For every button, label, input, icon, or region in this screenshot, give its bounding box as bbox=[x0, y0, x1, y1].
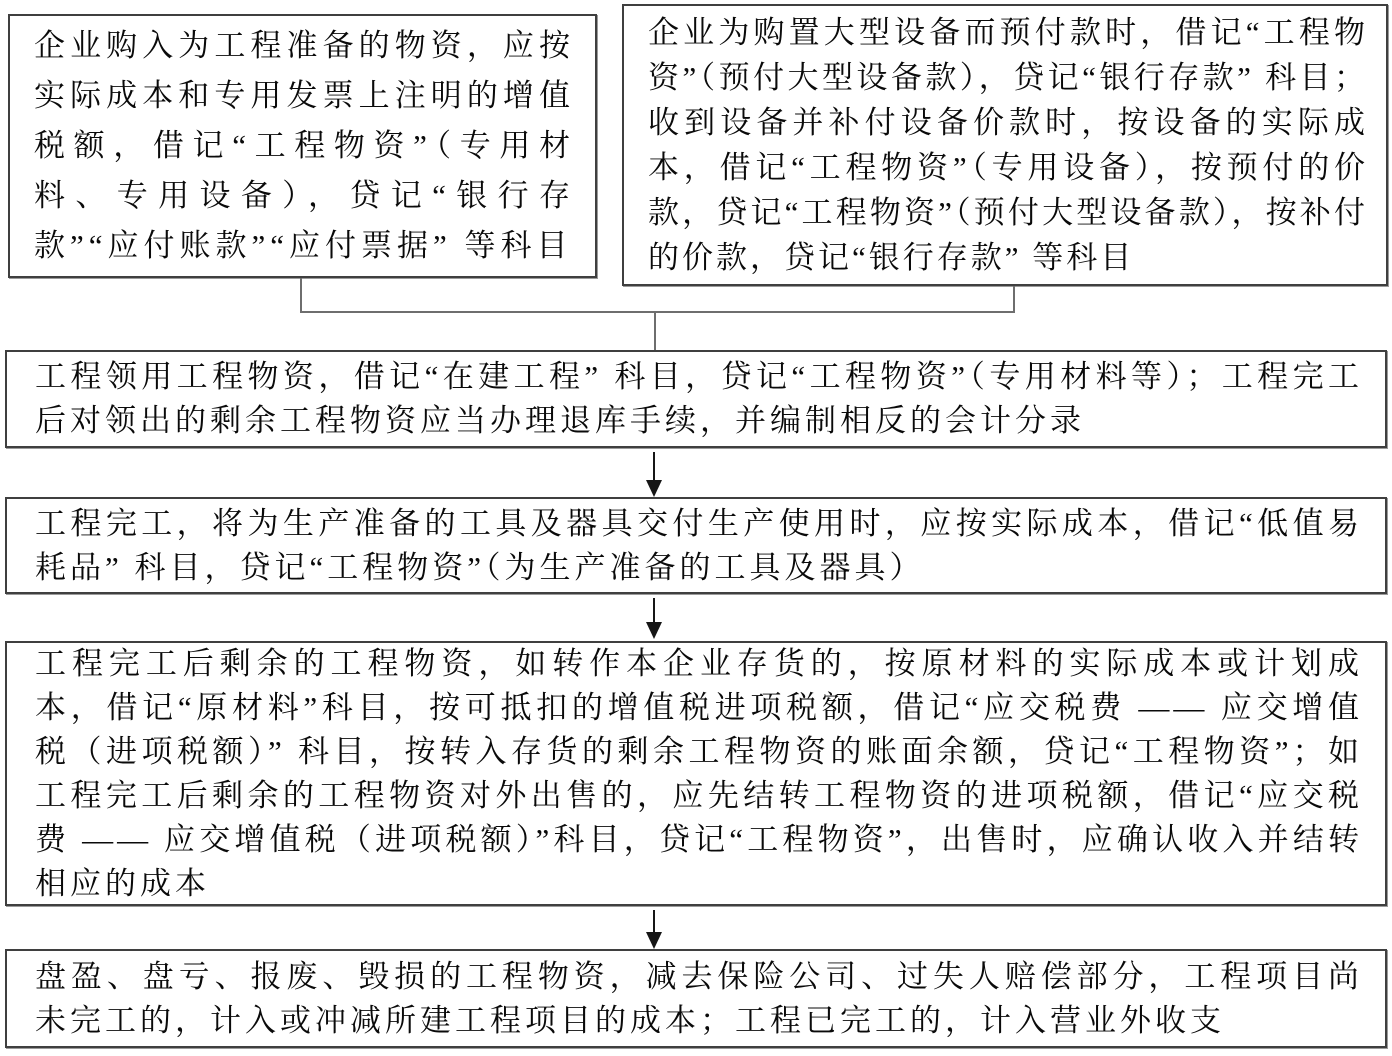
flow-box-text: 盘盈、盘亏、报废、毁损的工程物资，减去保险公司、过失人赔偿部分，工程项目尚未完工… bbox=[35, 955, 1363, 1043]
flow-box-requisition-for-construction: 工程领用工程物资，借记“在建工程” 科目，贷记“工程物资”（专用材料等）；工程完… bbox=[5, 350, 1387, 448]
down-arrow-icon bbox=[646, 452, 662, 498]
down-arrow-icon bbox=[646, 910, 662, 950]
arrow-head bbox=[646, 622, 662, 639]
connector-horizontal-line bbox=[300, 311, 1015, 313]
connector-left-drop-line bbox=[300, 278, 302, 312]
arrow-head bbox=[646, 480, 662, 497]
flow-box-text: 企业购入为工程准备的物资，应按实际成本和专用发票上注明的增值税额，借记“工程物资… bbox=[34, 21, 575, 271]
flow-box-text: 工程完工后剩余的工程物资，如转作本企业存货的，按原材料的实际成本或计划成本，借记… bbox=[35, 642, 1363, 906]
flow-box-text: 企业为购置大型设备而预付款时，借记“工程物资”（预付大型设备款），贷记“银行存款… bbox=[648, 10, 1368, 280]
flow-box-text: 工程完工，将为生产准备的工具及器具交付生产使用时，应按实际成本，借记“低值易耗品… bbox=[35, 502, 1363, 590]
flowchart-canvas: 企业购入为工程准备的物资，应按实际成本和专用发票上注明的增值税额，借记“工程物资… bbox=[0, 0, 1392, 1056]
down-arrow-icon bbox=[646, 598, 662, 640]
flow-box-purchase-engineering-materials: 企业购入为工程准备的物资，应按实际成本和专用发票上注明的增值税额，借记“工程物资… bbox=[8, 14, 597, 278]
flow-box-tools-to-production: 工程完工，将为生产准备的工具及器具交付生产使用时，应按实际成本，借记“低值易耗品… bbox=[5, 497, 1387, 594]
flow-box-prepay-large-equipment: 企业为购置大型设备而预付款时，借记“工程物资”（预付大型设备款），贷记“银行存款… bbox=[622, 4, 1388, 286]
flow-box-surplus-materials-disposal: 工程完工后剩余的工程物资，如转作本企业存货的，按原材料的实际成本或计划成本，借记… bbox=[5, 641, 1387, 906]
flow-box-inventory-gain-loss-damage: 盘盈、盘亏、报废、毁损的工程物资，减去保险公司、过失人赔偿部分，工程项目尚未完工… bbox=[5, 949, 1387, 1048]
arrow-head bbox=[646, 932, 662, 949]
connector-center-drop-line bbox=[654, 313, 656, 350]
connector-right-drop-line bbox=[1013, 286, 1015, 313]
flow-box-text: 工程领用工程物资，借记“在建工程” 科目，贷记“工程物资”（专用材料等）；工程完… bbox=[35, 355, 1363, 443]
